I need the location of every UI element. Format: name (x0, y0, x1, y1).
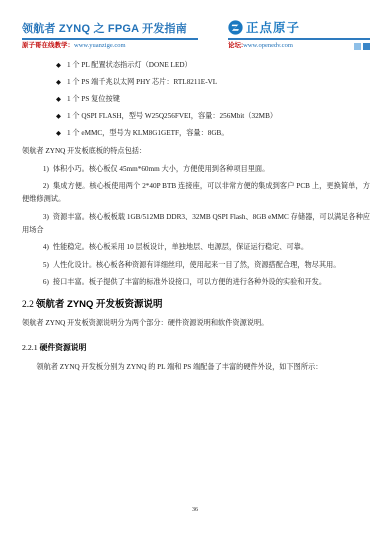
section-heading-2-2: 2.2领航者 ZYNQ 开发板资源说明 (22, 299, 370, 311)
header-right: 正点原子 论坛:www.openedv.com (228, 18, 370, 51)
brand-name: 正点原子 (246, 18, 300, 36)
diamond-bullet-icon: ◆ (56, 96, 61, 103)
feature-item: 6)接口丰富。板子提供了丰富的标准外设接口，可以方便的进行各种外设的实验和开发。 (22, 276, 370, 289)
alientek-logo-icon (228, 20, 243, 35)
diamond-bullet-icon: ◆ (56, 130, 61, 137)
list-item: ◆1 个 PS 端千兆以太网 PHY 芯片：RTL8211E-VL (56, 74, 370, 91)
section-2-2-paragraph: 领航者 ZYNQ 开发板资源说明分为两个部分：硬件资源说明和软件资源说明。 (22, 317, 370, 330)
header-left: 领航者 ZYNQ 之 FPGA 开发指南 原子哥在线教学：www.yuanzig… (22, 23, 198, 51)
forum-label: 论坛: (228, 41, 243, 51)
list-item: ◆1 个 eMMC，型号为 KLM8G1GETF，容量：8GB。 (56, 125, 370, 142)
decor-square-light (354, 43, 361, 50)
header-teaching-line: 原子哥在线教学：www.yuanzige.com (22, 41, 198, 51)
document-title: 领航者 ZYNQ 之 FPGA 开发指南 (22, 23, 198, 40)
brand-row: 正点原子 (228, 18, 370, 40)
diamond-bullet-icon: ◆ (56, 79, 61, 86)
list-item: ◆1 个 PS 复位按键 (56, 91, 370, 108)
feature-item: 4)性能稳定。核心板采用 10 层板设计，单独地层、电源层，保证运行稳定、可靠。 (22, 241, 370, 254)
feature-item: 1)体积小巧。核心板仅 45mm*60mm 大小，方便使用到各种项目里面。 (22, 163, 370, 176)
section-2-2-1-paragraph: 领航者 ZYNQ 开发板分别为 ZYNQ 的 PL 端和 PS 端配备了丰富的硬… (22, 361, 370, 374)
header-forum-line: 论坛:www.openedv.com (228, 41, 370, 51)
feature-item: 3)资源丰富。核心板板载 1GB/512MB DDR3、32MB QSPI Fl… (22, 211, 370, 237)
features-intro: 领航者 ZYNQ 开发板底板的特点包括： (22, 145, 370, 158)
page-header: 领航者 ZYNQ 之 FPGA 开发指南 原子哥在线教学：www.yuanzig… (22, 18, 370, 51)
list-item: ◆1 个 PL 配置状态指示灯（DONE LED） (56, 57, 370, 74)
list-item: ◆1 个 QSPI FLASH，型号 W25Q256FVEI，容量：256Mbi… (56, 108, 370, 125)
diamond-bullet-icon: ◆ (56, 113, 61, 120)
diamond-bullet-icon: ◆ (56, 62, 61, 69)
teaching-label: 原子哥在线教学： (22, 42, 74, 49)
peripheral-bullet-list: ◆1 个 PL 配置状态指示灯（DONE LED） ◆1 个 PS 端千兆以太网… (22, 57, 370, 142)
decor-square-dark (363, 43, 370, 50)
section-heading-2-2-1: 2.2.1硬件资源说明 (22, 343, 370, 353)
openedv-url[interactable]: www.openedv.com (243, 41, 293, 51)
yuanzige-url[interactable]: www.yuanzige.com (74, 42, 126, 49)
document-page: 领航者 ZYNQ 之 FPGA 开发指南 原子哥在线教学：www.yuanzig… (0, 0, 390, 546)
page-number: 36 (0, 507, 390, 513)
feature-item: 2)集成方便。核心板使用两个 2*40P BTB 连接座，可以非常方便的集成到客… (22, 180, 370, 206)
feature-item: 5)人性化设计。核心板各种资源有详细丝印，使用起来一目了然，资源搭配合理，物尽其… (22, 259, 370, 272)
